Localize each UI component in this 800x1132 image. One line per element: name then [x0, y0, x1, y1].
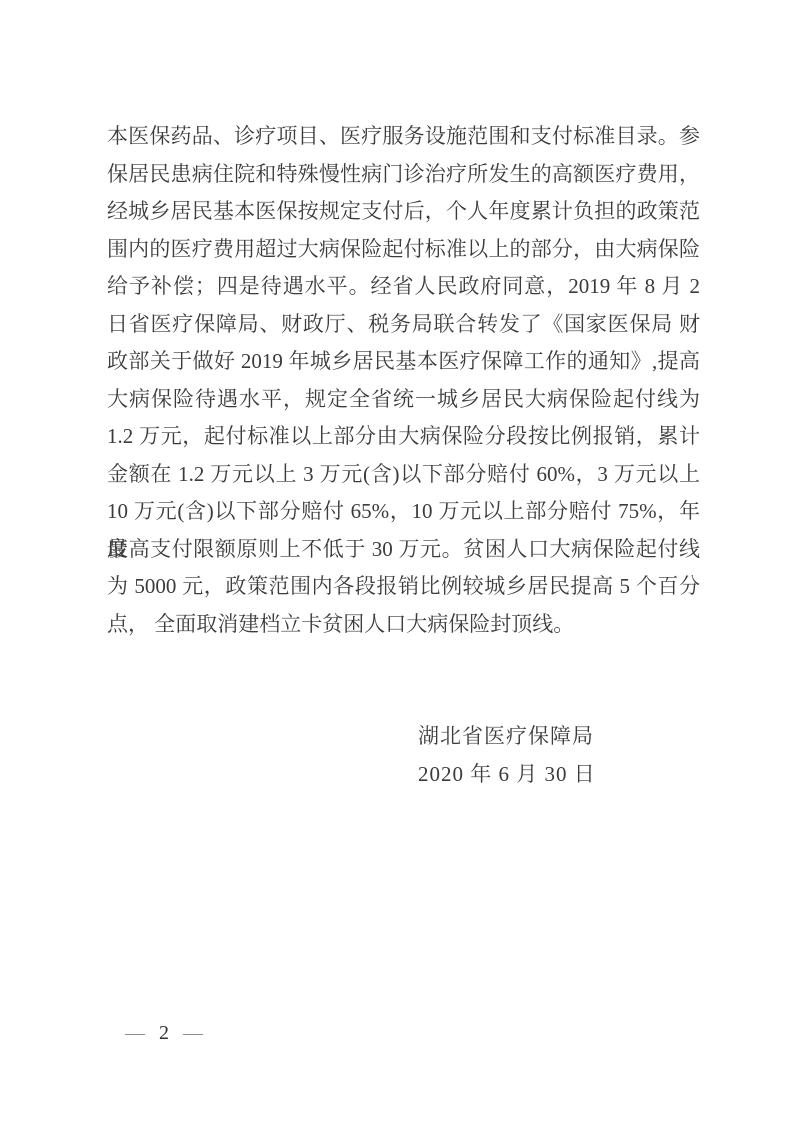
footer-page-number: 2 — [159, 1022, 169, 1044]
body-line: 本医保药品、诊疗项目、医疗服务设施范围和支付标准目录。参 — [107, 118, 700, 156]
signature-line: 湖北省医疗保障局 — [107, 718, 700, 756]
issuing-authority: 湖北省医疗保障局 — [418, 724, 594, 748]
body-line: 日省医疗保障局、财政厅、税务局联合转发了《国家医保局 财 — [107, 306, 700, 344]
page-footer: — 2 — — [125, 1020, 203, 1046]
body-line: 给予补偿；四是待遇水平。经省人民政府同意，2019 年 8 月 2 — [107, 268, 700, 306]
footer-dash-right: — — [183, 1022, 203, 1044]
body-line: 围内的医疗费用超过大病保险起付标准以上的部分，由大病保险 — [107, 231, 700, 269]
blank-line — [107, 643, 700, 681]
body-line: 大病保险待遇水平，规定全省统一城乡居民大病保险起付线为 — [107, 381, 700, 419]
body-line: 点， 全面取消建档立卡贫困人口大病保险封顶线。 — [107, 606, 700, 644]
issue-date: 2020 年 6 月 30 日 — [418, 762, 596, 786]
body-line: 最高支付限额原则上不低于 30 万元。贫困人口大病保险起付线 — [107, 531, 700, 569]
body-line: 1.2 万元，起付标准以上部分由大病保险分段按比例报销，累计 — [107, 418, 700, 456]
body-line: 保居民患病住院和特殊慢性病门诊治疗所发生的高额医疗费用， — [107, 156, 700, 194]
body-line: 经城乡居民基本医保按规定支付后，个人年度累计负担的政策范 — [107, 193, 700, 231]
body-line: 政部关于做好 2019 年城乡居民基本医疗保障工作的通知》,提高 — [107, 343, 700, 381]
document-page: 本医保药品、诊疗项目、医疗服务设施范围和支付标准目录。参 保居民患病住院和特殊慢… — [0, 0, 800, 1132]
date-line: 2020 年 6 月 30 日 — [107, 756, 700, 794]
document-body: 本医保药品、诊疗项目、医疗服务设施范围和支付标准目录。参 保居民患病住院和特殊慢… — [107, 118, 700, 793]
blank-line — [107, 681, 700, 719]
body-line: 10 万元(含)以下部分赔付 65%，10 万元以上部分赔付 75%，年度 — [107, 493, 700, 531]
body-line: 金额在 1.2 万元以上 3 万元(含)以下部分赔付 60%，3 万元以上 — [107, 456, 700, 494]
footer-dash-left: — — [125, 1022, 145, 1044]
body-line: 为 5000 元，政策范围内各段报销比例较城乡居民提高 5 个百分 — [107, 568, 700, 606]
